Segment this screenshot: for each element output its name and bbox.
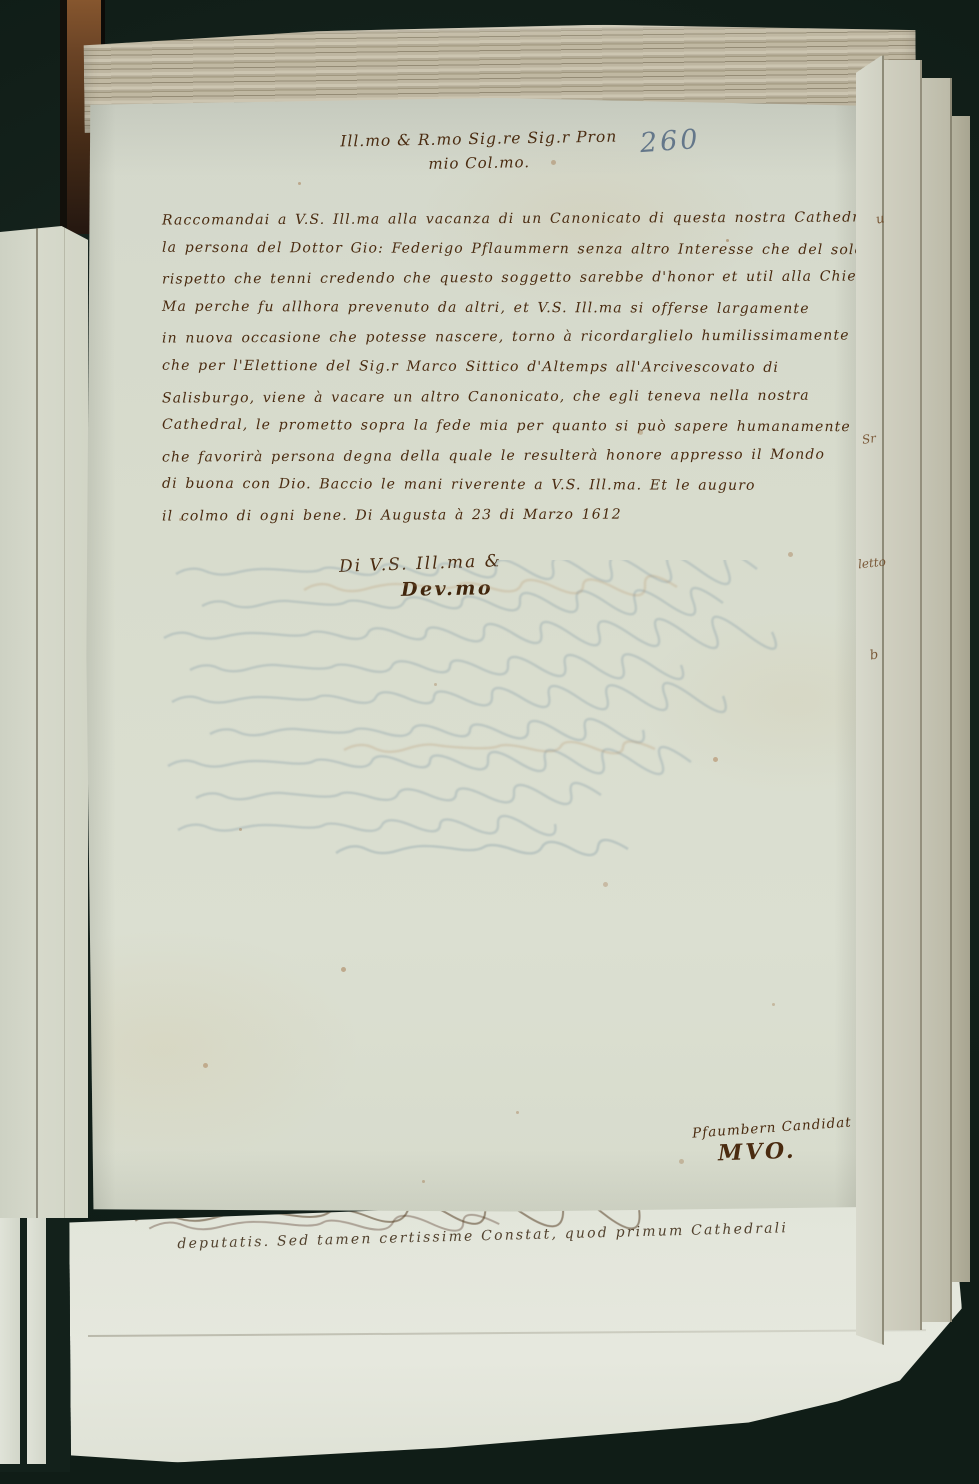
edge-ink-fragment: letto [857,555,886,572]
left-gutter-pages [0,226,88,1218]
underlying-page: deputatis. Sed tamen certissime Constat,… [69,1201,963,1463]
manuscript-line: in nuova occasione che potesse nascere, … [162,322,868,355]
page-edge-strip [922,78,952,1322]
ghost-writing-line [328,834,668,870]
manuscript-line: il colmo di ogni bene. Di Augusta à 23 d… [162,499,868,532]
salutation-line: mio Col.mo. [299,151,659,175]
manuscript-photo: deputatis. Sed tamen certissime Constat,… [0,0,979,1484]
signature-flourish: Dev.mo [401,577,502,601]
letter-body: Raccomandai a V.S. Ill.ma alla vacanza d… [162,205,868,531]
salutation-line: Ill.mo & R.mo Sig.re Sig.r Pron [299,127,659,151]
edge-ink-fragment: Sr [861,431,877,447]
docket-initials: MVO. [718,1136,853,1167]
folio-number: 260 [639,124,702,159]
left-page-edges [0,1218,70,1472]
letter-page: Ill.mo & R.mo Sig.re Sig.r Pron mio Col.… [84,98,874,1216]
manuscript-line: che favorirà persona degna della quale l… [162,440,868,473]
underpage-latin-line: deputatis. Sed tamen certissime Constat,… [177,1220,788,1252]
page-edge-strip [884,60,922,1330]
page-edge-strip [952,116,970,1282]
page-edge-strip [0,1218,20,1464]
manuscript-line: Cathedral, le prometto sopra la fede mia… [162,411,868,443]
paper-crease [88,1329,926,1337]
right-page-edges [856,52,970,1348]
page-edge-strip [27,1218,46,1464]
archival-docket: Pfaumbern Candidat MVO. [692,1120,852,1164]
manuscript-line: Raccomandai a V.S. Ill.ma alla vacanza d… [162,203,868,236]
letter-closing: Di V.S. Ill.ma & Dev.mo [339,554,502,600]
manuscript-line: rispetto che tenni credendo che questo s… [162,263,868,296]
manuscript-line: che per l'Elettione del Sig.r Marco Sitt… [162,352,868,384]
letter-salutation: Ill.mo & R.mo Sig.re Sig.r Pron mio Col.… [299,127,660,175]
page-edge-strip [856,52,884,1348]
closing-line: Di V.S. Ill.ma & [339,551,502,577]
manuscript-line: la persona del Dottor Gio: Federigo Pfla… [162,233,868,265]
ghost-writing [154,560,874,860]
manuscript-line: Salisburgo, viene à vacare un altro Cano… [162,381,868,414]
manuscript-line: Ma perche fu allhora prevenuto da altri,… [162,293,868,325]
manuscript-line: di buona con Dio. Baccio le mani riveren… [162,470,868,502]
gutter-crease [36,226,38,1218]
gutter-crease [64,226,65,1218]
